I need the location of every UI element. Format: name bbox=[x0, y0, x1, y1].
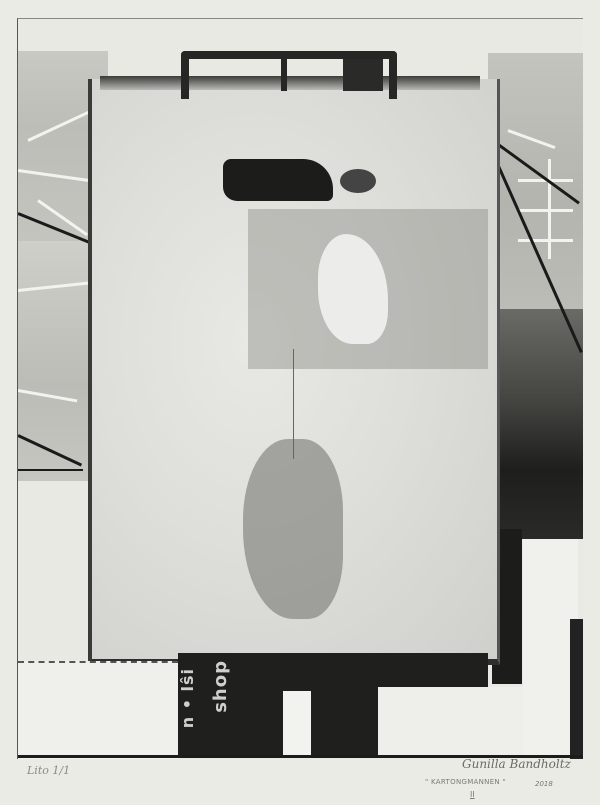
thin-vertical-line bbox=[293, 349, 294, 459]
map-road bbox=[518, 239, 573, 242]
artist-signature: Gunilla Bandholtz bbox=[462, 757, 571, 771]
artwork-year: 2018 bbox=[535, 780, 553, 788]
light-area-lower-left bbox=[18, 661, 178, 759]
artwork-title: " KARTONGMANNEN " bbox=[425, 778, 506, 786]
shop-sign-text: shop bbox=[210, 660, 231, 713]
shopfront-door bbox=[283, 691, 311, 755]
map-boundary-line bbox=[18, 469, 83, 471]
map-fragment-right bbox=[488, 53, 583, 353]
dark-ink-area-right bbox=[492, 309, 583, 539]
shop-sign-text-secondary: n • lŝi bbox=[178, 668, 197, 728]
dark-smudge-small bbox=[340, 169, 376, 193]
edition-number: II bbox=[470, 790, 475, 799]
window-frame-dark-block bbox=[343, 59, 383, 91]
dark-smudge bbox=[223, 159, 333, 201]
light-area-bottom-right bbox=[378, 687, 523, 757]
edition-note: Lito 1/1 bbox=[27, 764, 70, 777]
paper-sheet: shop n • lŝi Lito 1/1 Gunilla Bandholtz … bbox=[0, 0, 600, 805]
lithograph-print-area bbox=[17, 18, 583, 759]
map-road bbox=[518, 209, 573, 212]
dark-edge-right bbox=[570, 619, 583, 759]
gray-figure-blob bbox=[243, 439, 343, 619]
window-frame-mullion bbox=[281, 59, 287, 91]
